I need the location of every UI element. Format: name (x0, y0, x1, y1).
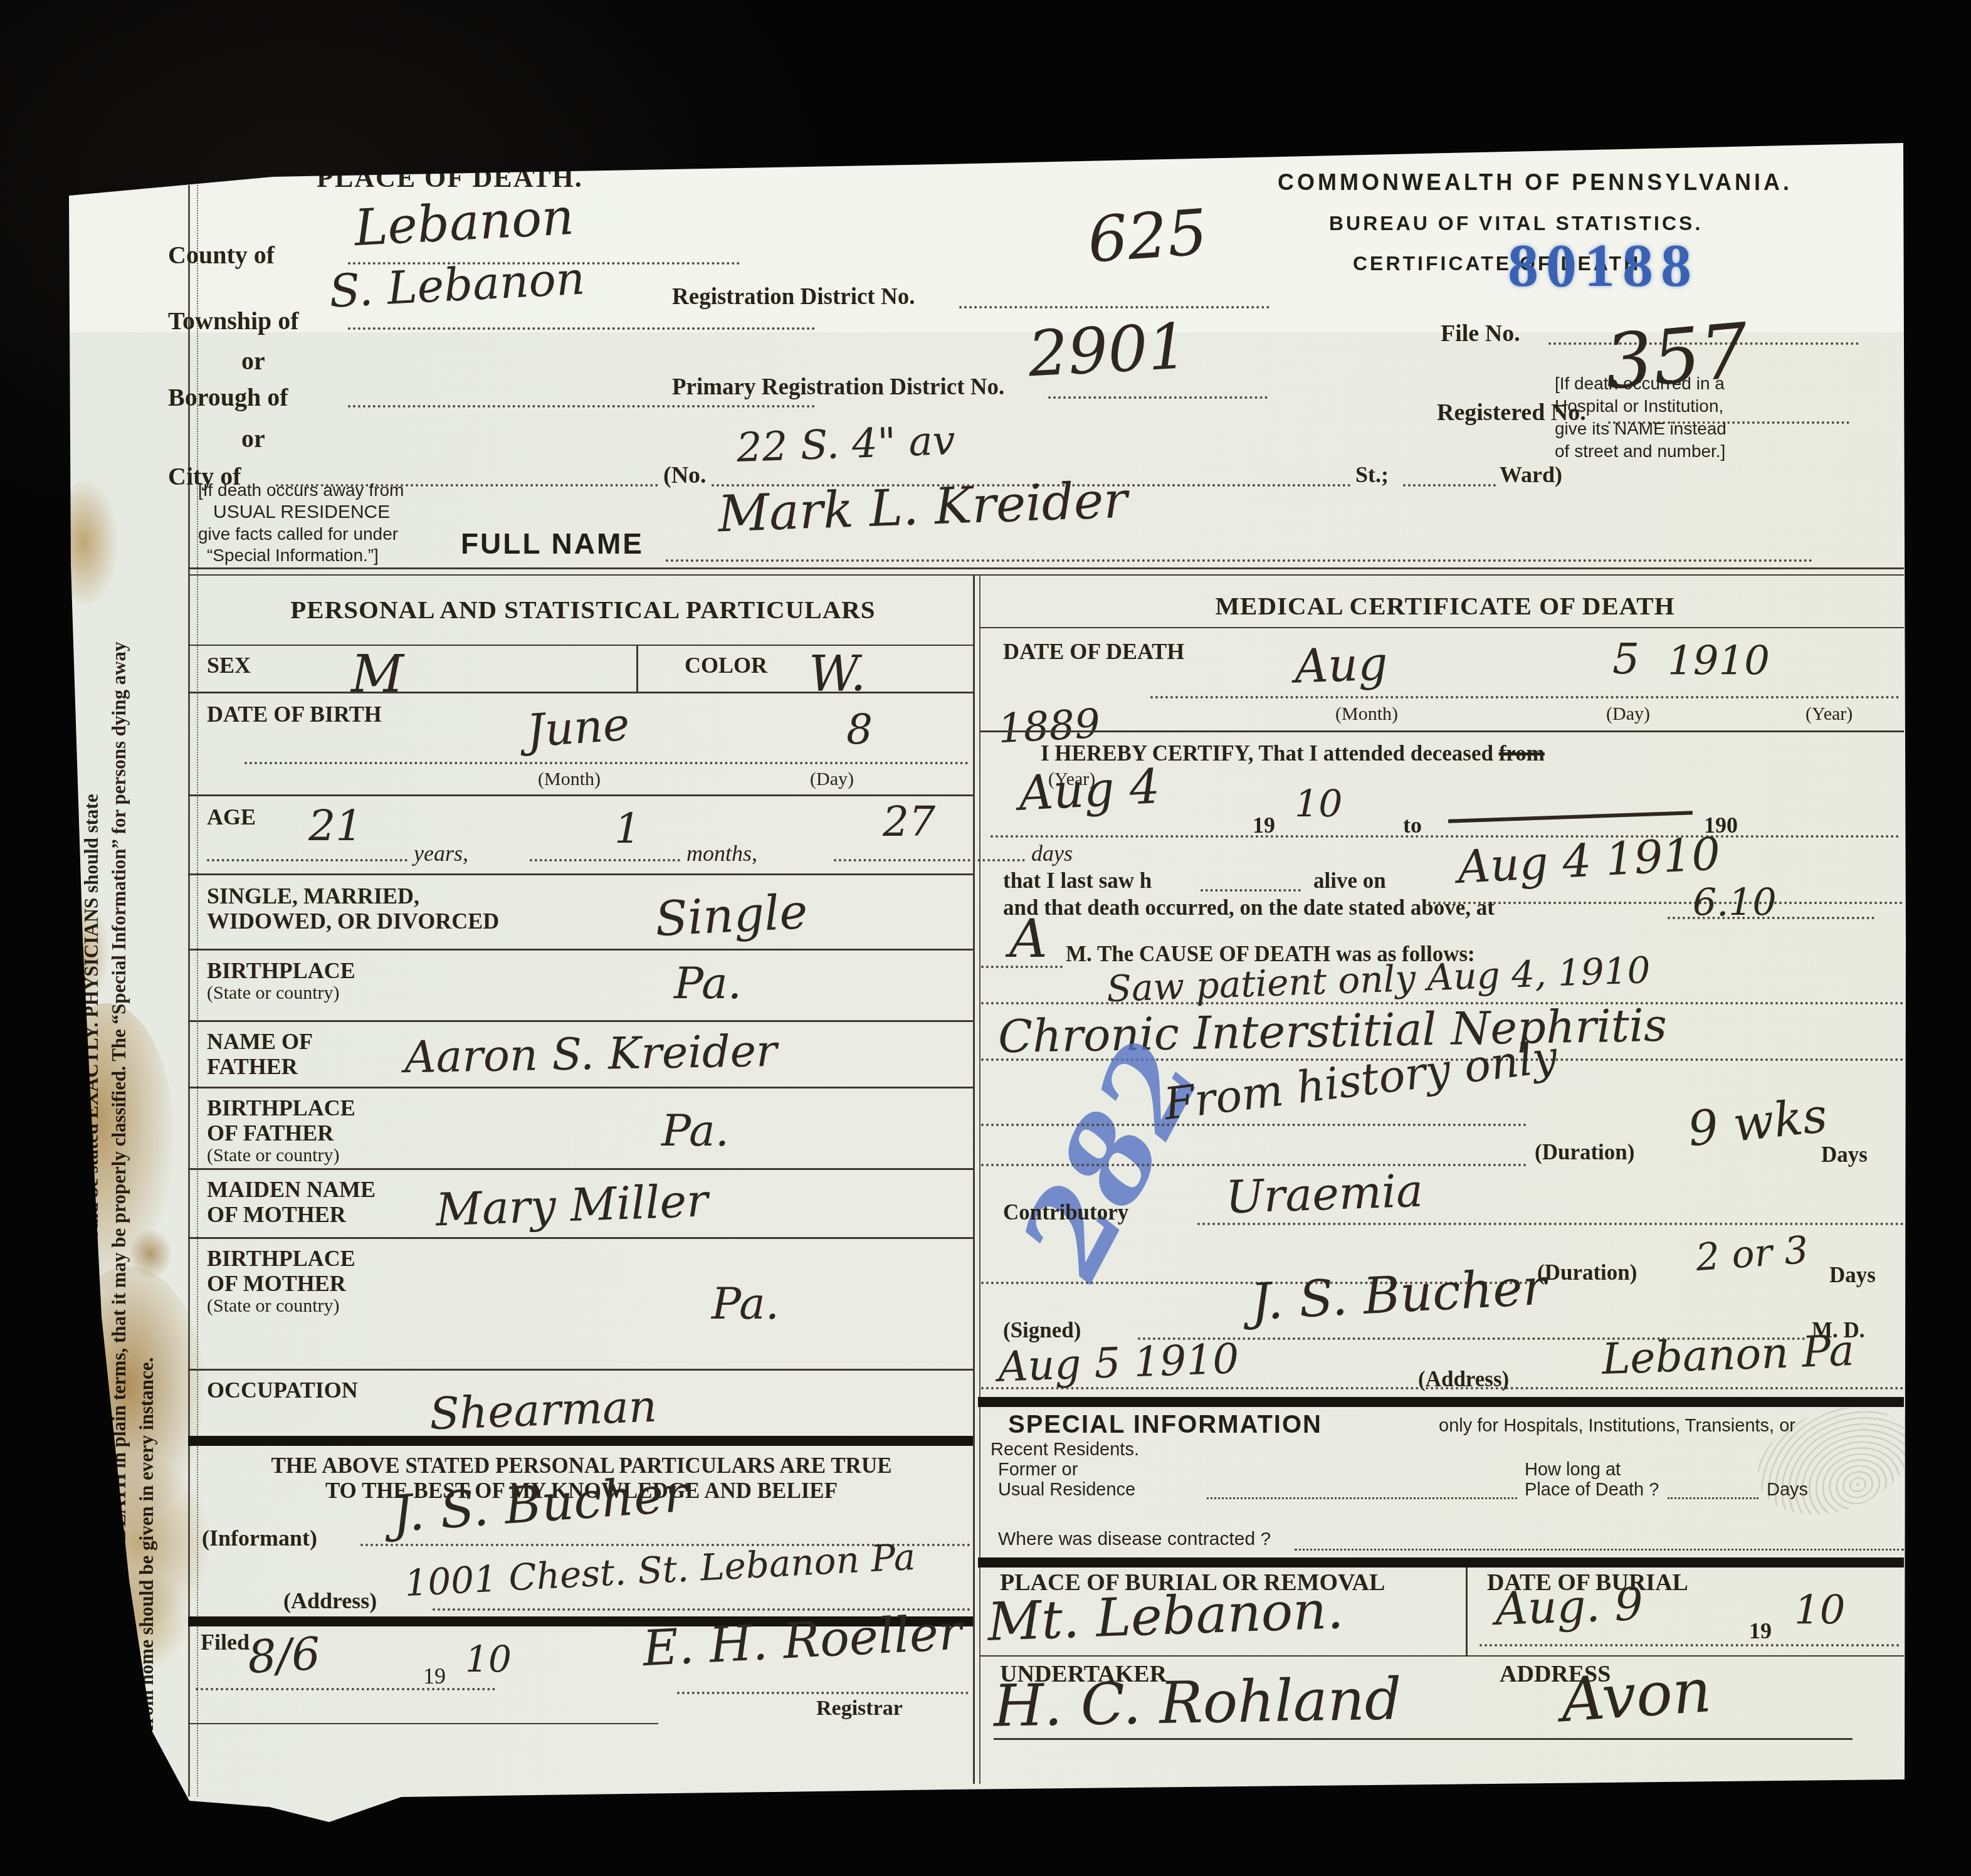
age-days-value: 27 (883, 798, 935, 846)
personal-title: PERSONAL AND STATISTICAL PARTICULARS (207, 594, 959, 624)
blue-282-stamp: 282 (978, 1066, 1185, 1273)
rule-after-age (188, 873, 973, 875)
sex-value: M (351, 645, 404, 704)
filed-date-value: 8/6 (246, 1627, 322, 1684)
rule-after-father (188, 1087, 973, 1088)
ward-line (1403, 484, 1496, 487)
mother-value: Mary Miller (435, 1174, 709, 1236)
county-label: County of (168, 240, 275, 270)
full-name-label: FULL NAME (461, 527, 644, 561)
age-years-value: 21 (308, 801, 363, 851)
dod-month-caption: (Month) (1335, 703, 1398, 725)
duration2-days-label: Days (1829, 1263, 1876, 1288)
burial-bar (978, 1557, 1904, 1568)
signed-value: J. S. Bucher (1249, 1258, 1548, 1332)
burial-year-printed: 19 (1749, 1618, 1772, 1644)
father-bp-label-1: BIRTHPLACE (207, 1095, 355, 1121)
undertaker-line (994, 1738, 1853, 1740)
registration-district-label: Registration District No. (672, 283, 915, 310)
signed-label: (Signed) (1003, 1318, 1081, 1343)
father-bp-label-2: OF FATHER (207, 1120, 334, 1146)
dob-line (244, 762, 969, 764)
margin-note-line1: n should be carefully supplied. AGE shou… (80, 144, 103, 1561)
margin-note-line2: CAUSE OF DEATH in plain terms, that it m… (108, 138, 130, 1643)
duration2-value: 2 or 3 (1695, 1228, 1810, 1280)
dob-month-value: June (525, 697, 631, 757)
dod-year-value: 1910 (1668, 638, 1770, 685)
howlong-label-1: How long at (1525, 1460, 1621, 1480)
margin-note-line3: from home should be given in every insta… (135, 665, 158, 1731)
death-occurred-line: and that death occurred, on the date sta… (1003, 895, 1495, 920)
former-line (1207, 1497, 1517, 1499)
marital-label-1: SINGLE, MARRIED, (207, 883, 419, 909)
birthplace-caption: (State or country) (207, 983, 340, 1004)
dod-label: DATE OF DEATH (1003, 638, 1184, 665)
dod-month-value: Aug (1294, 636, 1389, 693)
mother-bp-label-1: BIRTHPLACE (207, 1245, 355, 1272)
dod-year-caption: (Year) (1805, 703, 1853, 725)
age-years-caption: years, (414, 840, 468, 867)
hospital-note-2: Hospital or Institution, (1555, 396, 1723, 416)
rule-after-father-bp (188, 1168, 973, 1170)
form-left-border (197, 185, 198, 1796)
howlong-label-2: Place of Death ? (1525, 1480, 1659, 1500)
mother-label-2: OF MOTHER (207, 1201, 346, 1228)
occupation-label: OCCUPATION (207, 1377, 358, 1403)
informant-address-label: (Address) (283, 1588, 377, 1614)
full-name-value: Mark L. Kreider (717, 471, 1128, 544)
age-line-3 (834, 859, 1025, 862)
former-label-2: Usual Residence (998, 1480, 1135, 1500)
contributory-label: Contributory (1003, 1200, 1128, 1225)
rule-after-marital (188, 949, 973, 951)
stain-bottom-left (72, 1568, 191, 1674)
mother-label-1: MAIDEN NAME (207, 1176, 376, 1203)
occupation-value: Shearman (429, 1381, 658, 1440)
primary-registration-label: Primary Registration District No. (672, 374, 1004, 401)
filed-label: Filed (201, 1629, 250, 1655)
birthplace-label: BIRTHPLACE (207, 957, 355, 984)
mother-bp-value: Pa. (712, 1278, 779, 1329)
filed-year-printed: 19 (423, 1663, 446, 1689)
fingerprint-smudge (1743, 1389, 1923, 1532)
header-divider-top (188, 567, 1904, 569)
contributory-value: Uraemia (1225, 1164, 1424, 1224)
dob-day-caption: (Day) (810, 769, 854, 790)
father-label-2: FATHER (207, 1053, 298, 1080)
dod-day-caption: (Day) (1606, 703, 1650, 725)
burial-date-value: Aug. 9 (1495, 1578, 1644, 1635)
to-label: to (1403, 812, 1422, 838)
dod-day-value: 5 (1612, 635, 1639, 684)
residence-note-2: USUAL RESIDENCE (213, 502, 390, 523)
rule-after-mother (188, 1237, 973, 1239)
dob-day-value: 8 (846, 705, 873, 754)
rule-after-sex (188, 692, 973, 693)
or-1: or (241, 346, 265, 376)
age-line-1 (207, 859, 407, 862)
last-saw-prefix: that I last saw h (1003, 868, 1152, 893)
burial-year-script: 10 (1794, 1588, 1845, 1634)
borough-line (348, 405, 815, 408)
birthplace-value: Pa. (674, 957, 742, 1009)
attended-year-printed: 19 (1253, 812, 1275, 838)
medical-title: MEDICAL CERTIFICATE OF DEATH (1009, 591, 1881, 621)
commonwealth-title: COMMONWEALTH OF PENNSYLVANIA. (1278, 169, 1792, 196)
attest-bar-top (188, 1436, 973, 1446)
former-label-1: Former or (998, 1460, 1078, 1480)
burial-divider (1466, 1568, 1468, 1655)
last-saw-gap-line (1201, 889, 1301, 892)
duration-value: 9 wks (1685, 1087, 1830, 1157)
attended-line (991, 835, 1900, 838)
attended-from-value: Aug 4 (1017, 758, 1161, 821)
township-label: Township of (168, 306, 299, 335)
attended-to-dash (1448, 811, 1693, 823)
burial-date-line (1480, 1644, 1900, 1647)
rule-after-dob (188, 794, 973, 796)
hospital-note-3: give its NAME instead (1555, 419, 1727, 439)
filed-year-script: 10 (465, 1638, 512, 1680)
special-rest2: Recent Residents. (991, 1440, 1139, 1460)
st-label: St.; (1355, 461, 1389, 488)
burial-rule (980, 1655, 1904, 1657)
marital-value: Single (654, 883, 809, 947)
marital-label-2: WIDOWED, OR DIVORCED (207, 908, 499, 934)
disease-label: Where was disease contracted ? (998, 1529, 1271, 1550)
dod-line (1150, 696, 1900, 698)
scanned-death-certificate: n should be carefully supplied. AGE shou… (0, 0, 1971, 1876)
file-no-label: File No. (1441, 320, 1520, 347)
certificate-paper: n should be carefully supplied. AGE shou… (0, 0, 1971, 1876)
residence-note-1: [If death occurs away from (198, 480, 404, 500)
last-saw-line (1423, 902, 1903, 904)
duration-label: (Duration) (1535, 1140, 1634, 1165)
color-label: COLOR (685, 652, 767, 678)
rule-after-birthplace (188, 1020, 973, 1022)
filed-line (196, 1688, 495, 1690)
duration2-label: (Duration) (1537, 1260, 1637, 1285)
or-2: or (241, 424, 265, 453)
township-line (348, 327, 815, 330)
column-divider-1 (973, 576, 975, 1784)
duration-days-label: Days (1821, 1142, 1868, 1167)
father-bp-value: Pa. (661, 1105, 729, 1156)
dob-month-caption: (Month) (538, 769, 601, 790)
sex-color-divider (636, 646, 638, 692)
ward-label: Ward) (1500, 461, 1562, 488)
mother-bp-label-2: OF MOTHER (207, 1270, 346, 1297)
residence-note-3: give facts called for under (198, 524, 398, 544)
death-time-line (1668, 917, 1874, 919)
informant-label: (Informant) (202, 1525, 317, 1551)
undertaker-value: H. C. Rohland (993, 1665, 1402, 1739)
left-bottom-rule (188, 1723, 658, 1724)
last-saw-mid: alive on (1313, 868, 1386, 893)
dob-label: DATE OF BIRTH (207, 701, 382, 727)
duration-line (981, 1164, 1527, 1166)
age-months-value: 1 (614, 804, 641, 853)
primary-registration-line (1048, 396, 1268, 399)
special-rest: only for Hospitals, Institutions, Transi… (1439, 1416, 1795, 1436)
howlong-line (1668, 1497, 1758, 1499)
residence-note-4: “Special Information.”] (207, 545, 379, 566)
color-value: W. (809, 646, 866, 702)
disease-line (1295, 1549, 1904, 1551)
certify-struck-from: from (1499, 741, 1545, 766)
hospital-note-4: of street and number.] (1555, 441, 1725, 461)
medical-title-rule (980, 627, 1904, 628)
full-name-line (666, 559, 1813, 562)
signed-address-value: Lebanon Pa (1601, 1326, 1855, 1384)
margin-separator (188, 185, 190, 1796)
father-label-1: NAME OF (207, 1028, 313, 1055)
rule-after-mother-bp (188, 1369, 973, 1371)
form-number: Form V. S. No. 5. (216, 124, 370, 145)
age-label: AGE (207, 804, 256, 830)
age-months-caption: months, (686, 840, 757, 867)
attended-year-script: 10 (1295, 783, 1342, 826)
street-no-value: 22 S. 4" av (736, 418, 956, 472)
signed-date-line (981, 1387, 1904, 1389)
registrar-caption: Registrar (816, 1697, 903, 1721)
am-line (981, 966, 1063, 968)
age-line-2 (530, 859, 680, 862)
special-bar (978, 1397, 1904, 1407)
undertaker-address-value: Avon (1558, 1655, 1713, 1736)
registrar-line (677, 1692, 969, 1694)
registrar-signature: E. H. Roeller (641, 1605, 963, 1678)
primary-registration-value: 2901 (1026, 309, 1189, 391)
county-value: Lebanon (353, 187, 576, 257)
rule-after-dod (980, 730, 1904, 732)
father-bp-caption: (State or country) (207, 1145, 340, 1166)
mother-bp-caption: (State or country) (207, 1295, 340, 1317)
certificate-number-stamp: 80188 (1508, 231, 1699, 301)
registration-district-line (959, 306, 1269, 308)
burial-place-value: Mt. Lebanon. (986, 1579, 1344, 1653)
cause-line-3 (981, 1124, 1527, 1126)
contributory-line (1197, 1223, 1904, 1225)
am-value: A (1009, 908, 1048, 969)
header-divider-bottom (188, 574, 1904, 576)
sex-label: SEX (207, 652, 251, 678)
borough-label: Borough of (168, 382, 288, 412)
age-days-caption: days (1031, 840, 1073, 867)
father-value: Aaron S. Kreider (404, 1025, 777, 1083)
hospital-note-1: [If death occurred in a (1555, 374, 1725, 394)
special-title: SPECIAL INFORMATION (1008, 1411, 1322, 1439)
registration-district-value: 625 (1085, 195, 1210, 277)
signed-date-value: Aug 5 1910 (997, 1334, 1240, 1391)
street-no-label: (No. (663, 461, 707, 489)
